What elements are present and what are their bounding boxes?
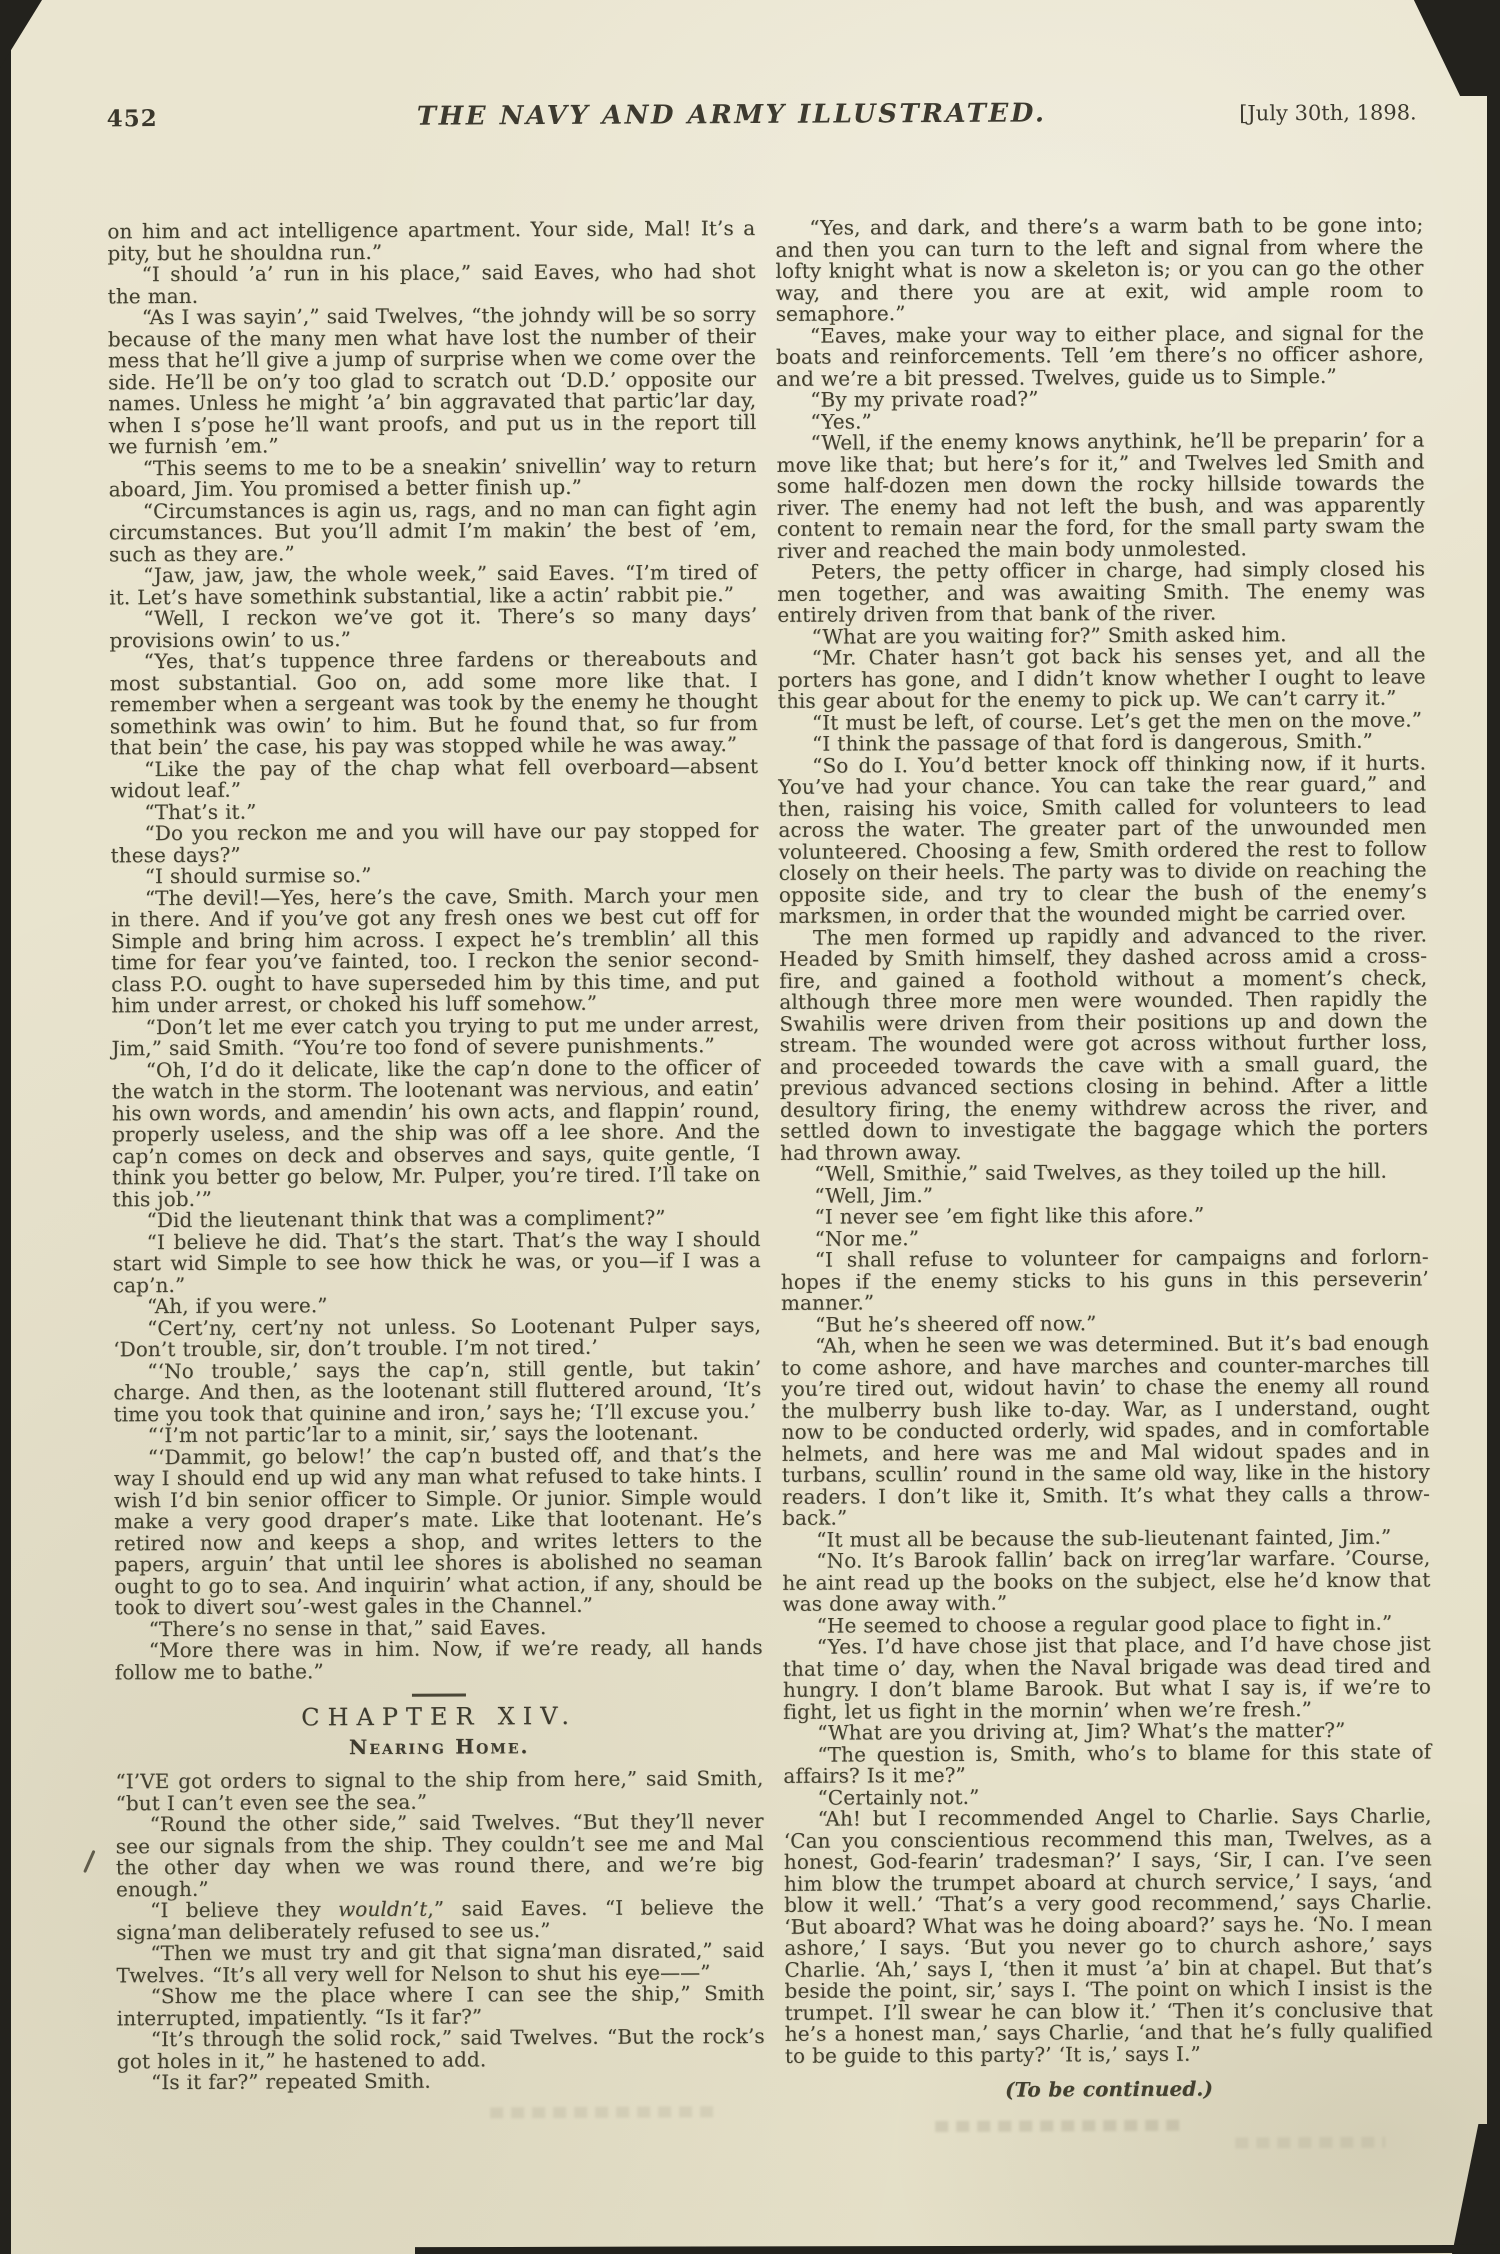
- magazine-page-scan: 452 THE NAVY AND ARMY ILLUSTRATED. [July…: [0, 0, 1500, 2254]
- story-paragraph: “So do I. You’d better knock off thinkin…: [778, 752, 1427, 927]
- story-paragraph: “Like the pay of the chap what fell over…: [110, 755, 758, 801]
- story-paragraph: on him and act intelligence apartment. Y…: [107, 218, 755, 264]
- section-divider-rule: [412, 1693, 466, 1696]
- story-paragraph: “Ah! but I recommended Angel to Charlie.…: [784, 1805, 1433, 2066]
- story-paragraph: Peters, the petty officer in charge, had…: [777, 558, 1425, 626]
- story-paragraph: “Then we must try and git that signa’man…: [116, 1940, 764, 1986]
- story-paragraph: “Round the other side,” said Twelves. “B…: [116, 1811, 764, 1900]
- publication-title: THE NAVY AND ARMY ILLUSTRATED.: [277, 98, 1187, 133]
- story-paragraph: “I believe he did. That’s the start. Tha…: [113, 1228, 761, 1296]
- story-paragraph: “I’VE got orders to signal to the ship f…: [115, 1768, 763, 1814]
- story-paragraph: “Jaw, jaw, jaw, the whole week,” said Ea…: [109, 562, 757, 608]
- to-be-continued-note: (To be continued.): [785, 2077, 1433, 2102]
- story-paragraph: “Mr. Chater hasn’t got back his senses y…: [777, 644, 1425, 712]
- story-paragraph: “Circumstances is agin us, rags, and no …: [109, 497, 757, 565]
- ink-bleed-mark: [935, 2120, 1185, 2132]
- story-paragraph: “Show me the place where I can see the s…: [116, 1983, 764, 2029]
- pencil-margin-mark: [83, 1850, 95, 1873]
- story-paragraph: “The question is, Smith, who’s to blame …: [783, 1741, 1431, 1787]
- story-paragraph: “It’s through the solid rock,” said Twel…: [117, 2026, 765, 2072]
- page-content: 452 THE NAVY AND ARMY ILLUSTRATED. [July…: [0, 0, 1500, 2254]
- story-paragraph: “Do you reckon me and you will have our …: [110, 820, 758, 866]
- story-paragraph: “Eaves, make your way to either place, a…: [776, 322, 1424, 390]
- story-paragraph: “Cert’ny, cert’ny not unless. So Lootena…: [113, 1314, 761, 1360]
- story-paragraph: “As I was sayin’,” said Twelves, “the jo…: [108, 304, 757, 458]
- story-paragraph: “More there was in him. Now, if we’re re…: [115, 1637, 763, 1683]
- ink-bleed-mark: [490, 2106, 720, 2118]
- story-paragraph: “Don’t let me ever catch you trying to p…: [111, 1013, 759, 1059]
- scan-edge-left: [0, 0, 11, 2254]
- story-paragraph: “Well, Smithie,” said Twelves, as they t…: [780, 1160, 1428, 1185]
- page-number: 452: [107, 104, 277, 132]
- scan-edge-bottom: [415, 2245, 1500, 2254]
- chapter-heading: CHAPTER XIV.: [115, 1705, 763, 1730]
- story-paragraph: “This seems to me to be a sneakin’ snive…: [108, 454, 756, 500]
- scan-edge-right: [1487, 0, 1500, 2254]
- story-paragraph: “The devil!—Yes, here’s the cave, Smith.…: [111, 884, 760, 1016]
- story-paragraph: “‘No trouble,’ says the cap’n, still gen…: [113, 1357, 761, 1425]
- story-paragraph: The men formed up rapidly and advanced t…: [779, 924, 1428, 1164]
- story-paragraph: “‘Dammit, go below!’ the cap’n busted of…: [114, 1443, 763, 1618]
- story-paragraph: “Yes, that’s tuppence three fardens or t…: [110, 648, 759, 759]
- story-paragraph: “Oh, I’d do it delicate, like the cap’n …: [112, 1056, 761, 1210]
- story-paragraph: “I shall refuse to volunteer for campaig…: [781, 1246, 1429, 1314]
- story-paragraph: “I should ’a’ run in his place,” said Ea…: [107, 261, 755, 307]
- story-paragraph: “Is it far?” repeated Smith.: [117, 2069, 765, 2094]
- issue-date: [July 30th, 1898.: [1187, 100, 1417, 125]
- right-text-column: “Yes, and dark, and there’s a warm bath …: [775, 214, 1433, 2102]
- story-paragraph: “Yes, and dark, and there’s a warm bath …: [775, 214, 1424, 325]
- story-paragraph: “Well, if the enemy knows anythink, he’l…: [776, 429, 1425, 561]
- story-paragraph: “Well, I reckon we’ve got it. There’s so…: [109, 605, 757, 651]
- left-text-column: on him and act intelligence apartment. Y…: [107, 218, 765, 2094]
- running-head: 452 THE NAVY AND ARMY ILLUSTRATED. [July…: [107, 96, 1417, 133]
- story-paragraph: “Ah, when he seen we was determined. But…: [781, 1332, 1430, 1529]
- story-paragraph: “No. It’s Barook fallin’ back on irreg’l…: [782, 1547, 1430, 1615]
- story-paragraph: “I believe they wouldn’t,” said Eaves. “…: [116, 1897, 764, 1943]
- ink-bleed-mark: [1235, 2137, 1385, 2149]
- chapter-subheading: Nearing Home.: [115, 1734, 763, 1759]
- story-paragraph: “Yes. I’d have chose jist that place, an…: [783, 1633, 1431, 1722]
